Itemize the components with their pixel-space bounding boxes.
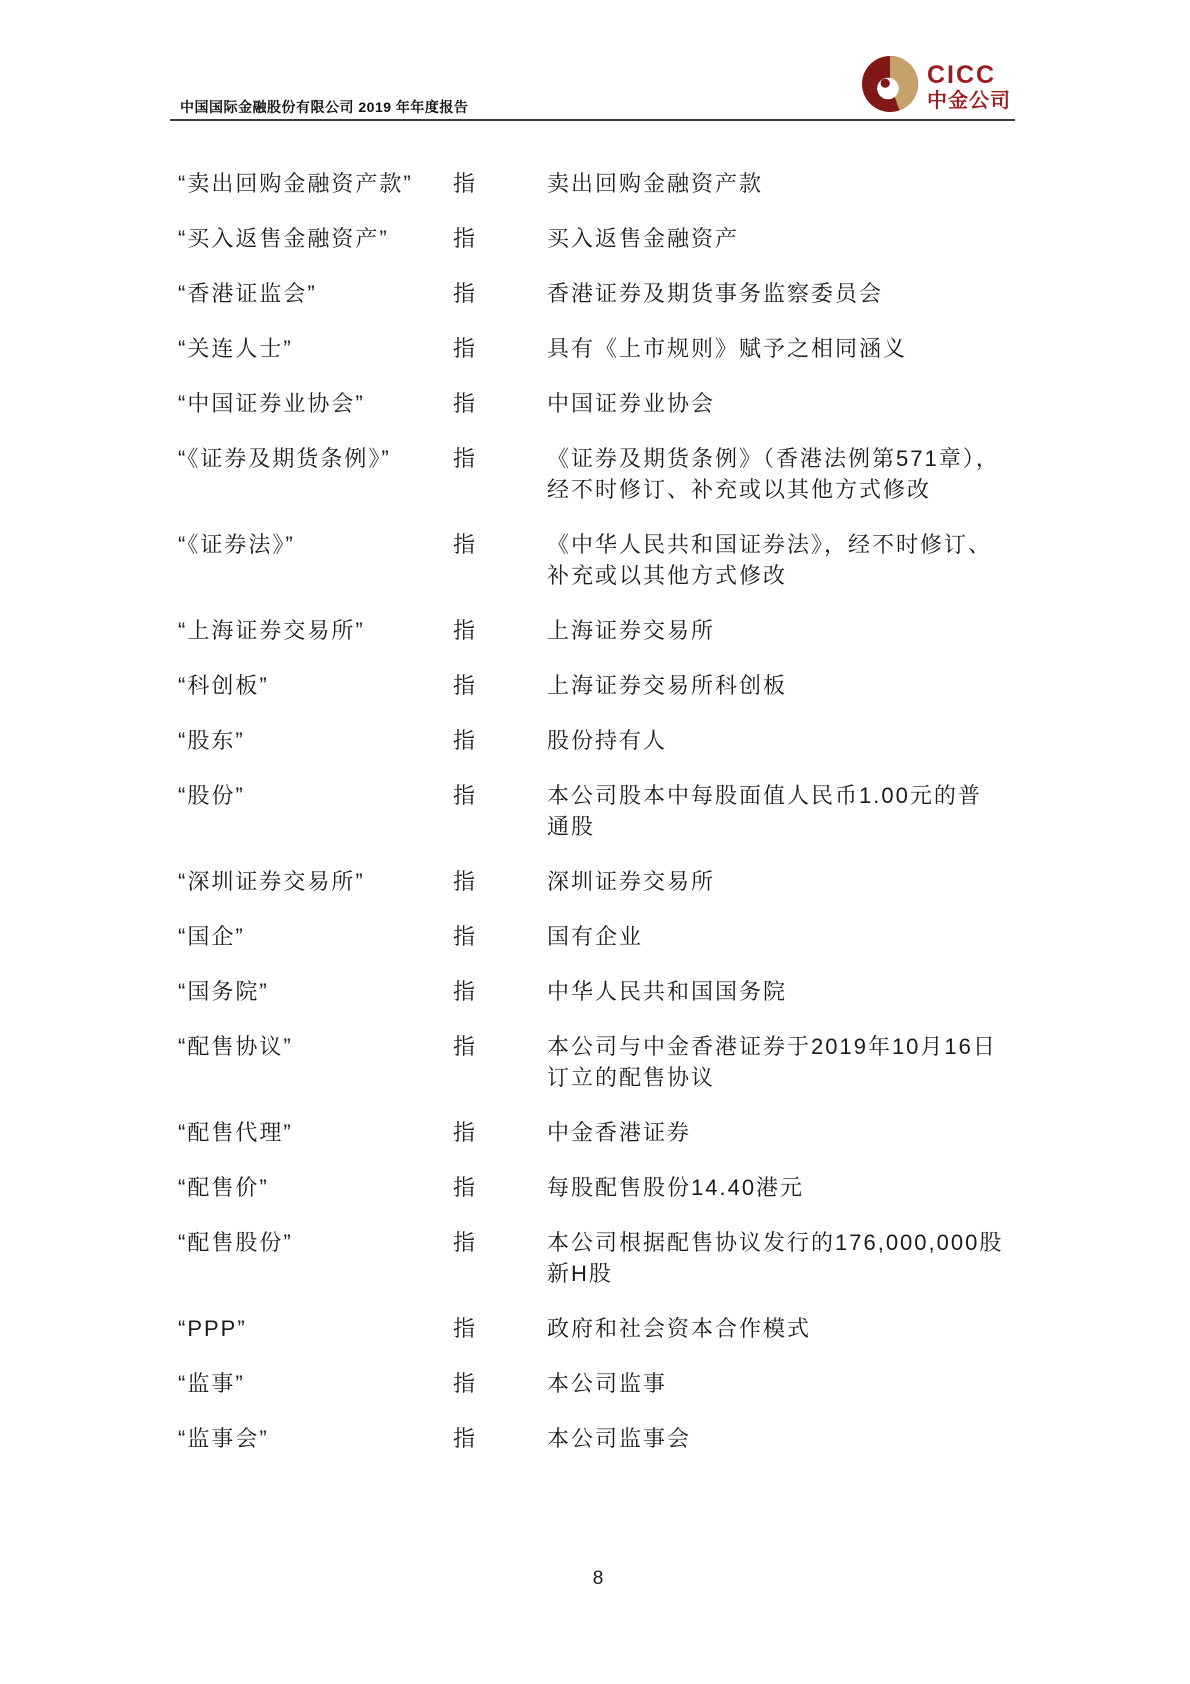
glossary-term: “国企” [178, 921, 453, 952]
glossary-definition: 本公司监事 [547, 1368, 1018, 1399]
glossary-definition: 《中华人民共和国证券法》，经不时修订、补充或以其他方式修改 [547, 529, 1018, 591]
glossary-definition: 国有企业 [547, 921, 1018, 952]
glossary-row: “股东” 指 股份持有人 [178, 725, 1018, 756]
glossary-row: “配售股份” 指 本公司根据配售协议发行的176,000,000股新H股 [178, 1227, 1018, 1289]
glossary-definition: 本公司与中金香港证券于2019年10月16日订立的配售协议 [547, 1031, 1018, 1093]
glossary-definition: 上海证券交易所科创板 [547, 670, 1018, 701]
glossary-connector: 指 [453, 529, 547, 591]
glossary-row: “PPP” 指 政府和社会资本合作模式 [178, 1313, 1018, 1344]
glossary-term: “配售价” [178, 1172, 453, 1203]
glossary-row: “中国证券业协会” 指 中国证券业协会 [178, 388, 1018, 419]
glossary-row: “上海证券交易所” 指 上海证券交易所 [178, 615, 1018, 646]
glossary-row: “配售价” 指 每股配售股份14.40港元 [178, 1172, 1018, 1203]
glossary-row: “股份” 指 本公司股本中每股面值人民币1.00元的普通股 [178, 780, 1018, 842]
glossary-connector: 指 [453, 168, 547, 199]
glossary-definition: 股份持有人 [547, 725, 1018, 756]
report-title: 中国国际金融股份有限公司 2019 年年度报告 [180, 97, 468, 117]
cicc-logo-icon [862, 56, 918, 112]
glossary-term: “监事会” [178, 1423, 453, 1454]
glossary-term: “股东” [178, 725, 453, 756]
glossary-row: “国务院” 指 中华人民共和国国务院 [178, 976, 1018, 1007]
cicc-logo-wordmark: CICC 中金公司 [927, 63, 1011, 111]
glossary-row: “《证券及期货条例》” 指 《证券及期货条例》（香港法例第571章），经不时修订… [178, 443, 1018, 505]
glossary-definition: 香港证券及期货事务监察委员会 [547, 278, 1018, 309]
glossary-connector: 指 [453, 443, 547, 505]
glossary-connector: 指 [453, 388, 547, 419]
glossary-term: “配售代理” [178, 1117, 453, 1148]
glossary-term: “深圳证券交易所” [178, 866, 453, 897]
document-page: { "header": { "report_title": "中国国际金融股份有… [0, 0, 1190, 1684]
glossary-row: “《证券法》” 指 《中华人民共和国证券法》，经不时修订、补充或以其他方式修改 [178, 529, 1018, 591]
glossary-connector: 指 [453, 1313, 547, 1344]
glossary-row: “监事会” 指 本公司监事会 [178, 1423, 1018, 1454]
glossary-definition: 卖出回购金融资产款 [547, 168, 1018, 199]
glossary-connector: 指 [453, 278, 547, 309]
glossary-row: “国企” 指 国有企业 [178, 921, 1018, 952]
glossary-connector: 指 [453, 1172, 547, 1203]
glossary-row: “香港证监会” 指 香港证券及期货事务监察委员会 [178, 278, 1018, 309]
glossary-row: “深圳证券交易所” 指 深圳证券交易所 [178, 866, 1018, 897]
glossary-term: “科创板” [178, 670, 453, 701]
glossary-term: “《证券法》” [178, 529, 453, 591]
glossary-row: “关连人士” 指 具有《上市规则》赋予之相同涵义 [178, 333, 1018, 364]
glossary-definition: 买入返售金融资产 [547, 223, 1018, 254]
glossary-row: “配售协议” 指 本公司与中金香港证券于2019年10月16日订立的配售协议 [178, 1031, 1018, 1093]
glossary-list: “卖出回购金融资产款” 指 卖出回购金融资产款 “买入返售金融资产” 指 买入返… [178, 168, 1018, 1478]
glossary-row: “卖出回购金融资产款” 指 卖出回购金融资产款 [178, 168, 1018, 199]
glossary-term: “关连人士” [178, 333, 453, 364]
glossary-row: “买入返售金融资产” 指 买入返售金融资产 [178, 223, 1018, 254]
glossary-term: “买入返售金融资产” [178, 223, 453, 254]
glossary-term: “配售协议” [178, 1031, 453, 1093]
glossary-connector: 指 [453, 1423, 547, 1454]
glossary-connector: 指 [453, 976, 547, 1007]
glossary-connector: 指 [453, 921, 547, 952]
glossary-connector: 指 [453, 725, 547, 756]
glossary-connector: 指 [453, 615, 547, 646]
glossary-connector: 指 [453, 333, 547, 364]
glossary-connector: 指 [453, 223, 547, 254]
glossary-definition: 中金香港证券 [547, 1117, 1018, 1148]
glossary-row: “科创板” 指 上海证券交易所科创板 [178, 670, 1018, 701]
glossary-definition: 具有《上市规则》赋予之相同涵义 [547, 333, 1018, 364]
glossary-connector: 指 [453, 866, 547, 897]
glossary-connector: 指 [453, 780, 547, 842]
glossary-definition: 本公司根据配售协议发行的176,000,000股新H股 [547, 1227, 1018, 1289]
glossary-term: “PPP” [178, 1313, 453, 1344]
logo-latin-text: CICC [927, 63, 1011, 88]
page-number: 8 [178, 1568, 1018, 1590]
glossary-definition: 中华人民共和国国务院 [547, 976, 1018, 1007]
glossary-connector: 指 [453, 1227, 547, 1289]
glossary-row: “监事” 指 本公司监事 [178, 1368, 1018, 1399]
glossary-term: “监事” [178, 1368, 453, 1399]
glossary-definition: 上海证券交易所 [547, 615, 1018, 646]
glossary-definition: 中国证券业协会 [547, 388, 1018, 419]
logo-chinese-text: 中金公司 [927, 91, 1011, 111]
glossary-definition: 本公司监事会 [547, 1423, 1018, 1454]
glossary-connector: 指 [453, 670, 547, 701]
glossary-term: “香港证监会” [178, 278, 453, 309]
glossary-connector: 指 [453, 1117, 547, 1148]
glossary-term: “上海证券交易所” [178, 615, 453, 646]
glossary-term: “《证券及期货条例》” [178, 443, 453, 505]
glossary-term: “配售股份” [178, 1227, 453, 1289]
glossary-definition: 深圳证券交易所 [547, 866, 1018, 897]
header-divider [170, 119, 1015, 121]
glossary-row: “配售代理” 指 中金香港证券 [178, 1117, 1018, 1148]
glossary-definition: 每股配售股份14.40港元 [547, 1172, 1018, 1203]
glossary-term: “卖出回购金融资产款” [178, 168, 453, 199]
glossary-connector: 指 [453, 1031, 547, 1093]
glossary-term: “中国证券业协会” [178, 388, 453, 419]
glossary-definition: 《证券及期货条例》（香港法例第571章），经不时修订、补充或以其他方式修改 [547, 443, 1018, 505]
glossary-term: “国务院” [178, 976, 453, 1007]
glossary-term: “股份” [178, 780, 453, 842]
glossary-definition: 政府和社会资本合作模式 [547, 1313, 1018, 1344]
glossary-connector: 指 [453, 1368, 547, 1399]
glossary-definition: 本公司股本中每股面值人民币1.00元的普通股 [547, 780, 1018, 842]
